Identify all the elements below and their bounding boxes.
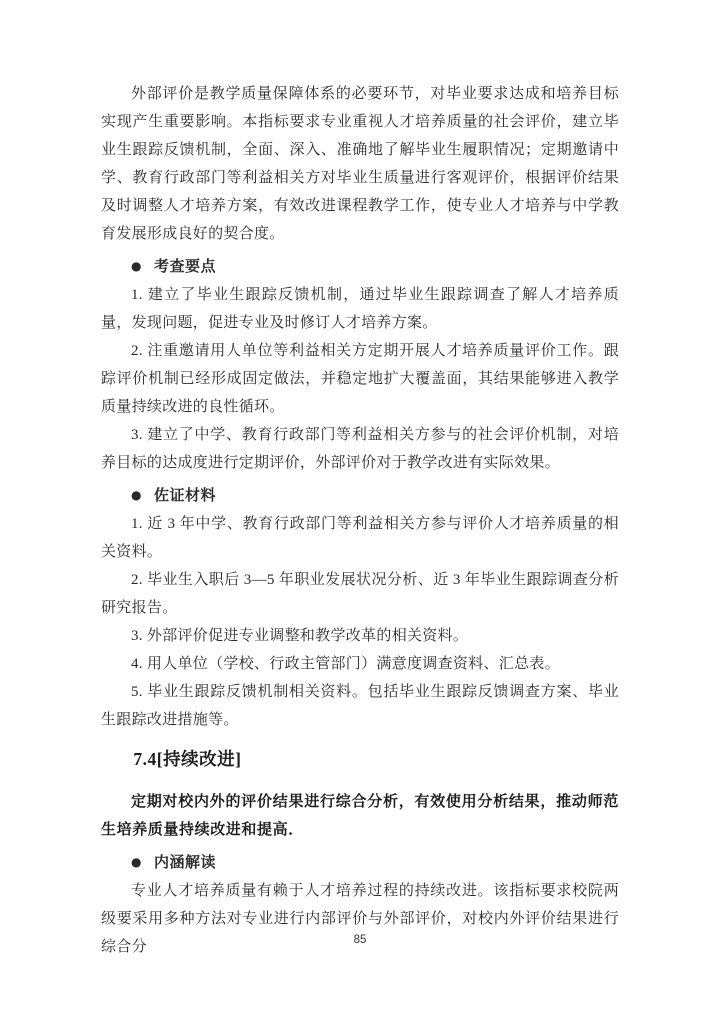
zuozheng-item-2: 2. 毕业生入职后 3—5 年职业发展状况分析、近 3 年毕业生跟踪调查分析研究…	[101, 566, 619, 622]
kaocha-item-1: 1. 建立了毕业生跟踪反馈机制，通过毕业生跟踪调查了解人才培养质量，发现问题，促…	[101, 281, 619, 337]
zuozheng-item-1: 1. 近 3 年中学、教育行政部门等利益相关方参与评价人才培养质量的相关资料。	[101, 510, 619, 566]
neihan-heading-label: 内涵解读	[154, 855, 216, 871]
kaocha-item-3: 3. 建立了中学、教育行政部门等利益相关方参与的社会评价机制，对培养目标的达成度…	[101, 421, 619, 477]
intro-paragraph: 外部评价是教学质量保障体系的必要环节，对毕业要求达成和培养目标实现产生重要影响。…	[101, 80, 619, 248]
section-7-4-heading: 7.4[持续改进]	[101, 744, 619, 774]
kaocha-heading-line: ●考查要点	[101, 252, 619, 281]
zuozheng-item-4: 4. 用人单位（学校、行政主管部门）满意度调查资料、汇总表。	[101, 650, 619, 678]
bullet-icon: ●	[131, 848, 142, 876]
bullet-icon: ●	[131, 481, 142, 509]
kaocha-heading-label: 考查要点	[154, 259, 216, 275]
document-page: 外部评价是教学质量保障体系的必要环节，对毕业要求达成和培养目标实现产生重要影响。…	[0, 0, 720, 1018]
kaocha-item-2: 2. 注重邀请用人单位等利益相关方定期开展人才培养质量评价工作。跟踪评价机制已经…	[101, 337, 619, 421]
neihan-heading-line: ●内涵解读	[101, 848, 619, 877]
zuozheng-heading-line: ●佐证材料	[101, 481, 619, 510]
page-number: 85	[0, 932, 720, 948]
zuozheng-item-3: 3. 外部评价促进专业调整和教学改革的相关资料。	[101, 622, 619, 650]
zuozheng-item-5: 5. 毕业生跟踪反馈机制相关资料。包括毕业生跟踪反馈调查方案、毕业生跟踪改进措施…	[101, 678, 619, 734]
bullet-icon: ●	[131, 252, 142, 280]
zuozheng-heading-label: 佐证材料	[154, 488, 216, 504]
section-7-4-summary: 定期对校内外的评价结果进行综合分析，有效使用分析结果，推动师范生培养质量持续改进…	[101, 788, 619, 844]
section-7-4-body: 专业人才培养质量有赖于人才培养过程的持续改进。该指标要求校院两级要采用多种方法对…	[101, 877, 619, 961]
